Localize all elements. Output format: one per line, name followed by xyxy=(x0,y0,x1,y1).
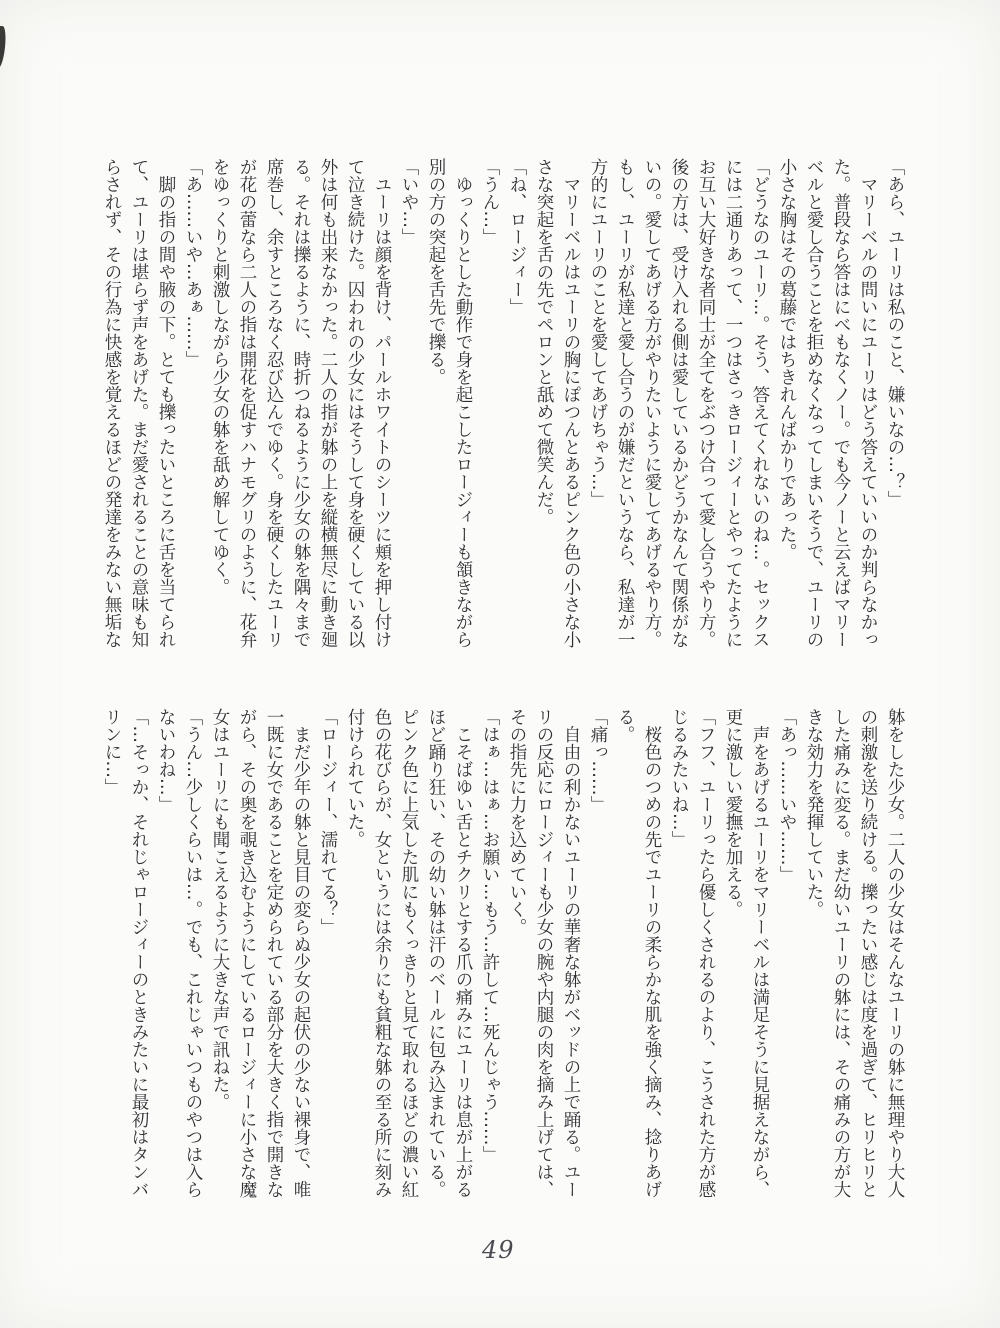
text-column: リンに…」 xyxy=(98,708,125,1205)
text-column: ピンク色に上気した肌にもくっきりと見て取れるほどの濃い紅 xyxy=(395,708,422,1205)
text-column: 小さな胸はその葛藤ではちきれんばかりであった。 xyxy=(773,158,800,655)
text-column: 「あっ……いや……」 xyxy=(773,708,800,1205)
text-column: その指先に力を込めていく。 xyxy=(503,708,530,1205)
text-column: マリーベルはユーリの胸にぽつんとあるピンク色の小さな小 xyxy=(557,158,584,655)
text-column: 女はユーリにも聞こえるように大きな声で訊ねた。 xyxy=(206,708,233,1205)
page-number: 49 xyxy=(482,1236,515,1264)
text-column: 「フフ、ユーリったら優しくされるのより、こうされた方が感 xyxy=(692,708,719,1205)
text-column: て、ユーリは堪らず声をあげた。まだ愛されることの意味も知 xyxy=(125,158,152,655)
text-column: リの反応にロージィーも少女の腕や内腿の肉を摘み上げては、 xyxy=(530,708,557,1205)
text-column: 脚の指の間や腋の下。とても擽ったいところに舌を当てられ xyxy=(152,158,179,655)
text-column: 色の花びらが、女というには余りにも貧粗な躰の至る所に刻み xyxy=(368,708,395,1205)
text-column: た。普段なら答はにべもなくノー。でも今ノーと云えばマリー xyxy=(827,158,854,655)
text-column: をゆっくりと刺激しながら少女の躰を舐め解してゆく。 xyxy=(206,158,233,655)
upper-text-block: 「あら、ユーリは私のこと、嫌いなの…？」 マリーベルの問いにユーリはどう答えてい… xyxy=(96,158,908,655)
text-column: 「あ……いや…あぁ……」 xyxy=(179,158,206,655)
text-column: もし、ユーリが私達と愛し合うのが嫌だというなら、私達が一 xyxy=(611,158,638,655)
text-column: 「ロージィー、濡れてる？」 xyxy=(314,708,341,1205)
text-column: 「ね、ロージィー」 xyxy=(503,158,530,655)
text-column: 席巻し、余すところなく忍び込んでゆく。身を硬くしたユーリ xyxy=(260,158,287,655)
text-column: る。 xyxy=(611,708,638,1205)
text-column: の刺激を送り続ける。擽ったい感じは度を過ぎて、ヒリヒリと xyxy=(854,708,881,1205)
text-column: お互い大好きな者同士が全てをぶつけ合って愛し合うやり方。 xyxy=(692,158,719,655)
text-column: 「うん…少しくらいは…。でも、これじゃいつものやつは入ら xyxy=(179,708,206,1205)
text-column: には二通りあって、一つはさっきロージィーとやってたように xyxy=(719,158,746,655)
text-column: 「はぁ…はぁ…お願い…もう…許して…死んじゃう……」 xyxy=(476,708,503,1205)
text-column: きな効力を発揮していた。 xyxy=(800,708,827,1205)
text-column: 「うん…」 xyxy=(476,158,503,655)
text-column: 自由の利かないユーリの華奢な躰がベッドの上で踊る。ユー xyxy=(557,708,584,1205)
text-column: らされず、その行為に快感を覚えるほどの発達をみない無垢な xyxy=(98,158,125,655)
text-column: 方的にユーリのことを愛してあげちゃう…」 xyxy=(584,158,611,655)
text-column: ないわね…」 xyxy=(152,708,179,1205)
text-column: て泣き続けた。囚われの少女にはそうして身を硬くしている以 xyxy=(341,158,368,655)
text-column: さな突起を舌の先でペロンと舐めて微笑んだ。 xyxy=(530,158,557,655)
text-column: した痛みに変る。まだ幼いユーリの躰には、その痛みの方が大 xyxy=(827,708,854,1205)
text-column: マリーベルの問いにユーリはどう答えていいのか判らなかっ xyxy=(854,158,881,655)
text-column: 外は何も出来なかった。二人の指が躰の上を縦横無尽に動き廻 xyxy=(314,158,341,655)
text-column: 躰をした少女。二人の少女はそんなユーリの躰に無理やり大人 xyxy=(881,708,908,1205)
text-column: る。それは擽るように、時折つねるように少女の躰を隅々まで xyxy=(287,158,314,655)
text-column: 更に激しい愛撫を加える。 xyxy=(719,708,746,1205)
text-column: 「あら、ユーリは私のこと、嫌いなの…？」 xyxy=(881,158,908,655)
text-column: が花の蕾なら二人の指は開花を促すハナモグリのように、花弁 xyxy=(233,158,260,655)
text-column: ベルと愛し合うことを拒めなくなってしまいそうで、ユーリの xyxy=(800,158,827,655)
text-column: じるみたいね…」 xyxy=(665,708,692,1205)
text-column: 後の方は、受け入れる側は愛しているかどうかなんて関係がな xyxy=(665,158,692,655)
text-column: ほど踊り狂い、その幼い躰は汗のベールに包み込まれている。 xyxy=(422,708,449,1205)
text-column: こそばゆい舌とチクリとする爪の痛みにユーリは息が上がる xyxy=(449,708,476,1205)
text-column: 「痛っ……」 xyxy=(584,708,611,1205)
text-column: 一既に女であることを定められている部分を大きく指で開きな xyxy=(260,708,287,1205)
text-column: がら、その奥を覗き込むようにしているロージィーに小さな魔 xyxy=(233,708,260,1205)
text-column: 声をあげるユーリをマリーベルは満足そうに見据えながら、 xyxy=(746,708,773,1205)
scan-artifact-mark xyxy=(0,26,7,69)
text-column: 「いや…」 xyxy=(395,158,422,655)
text-column: ゆっくりとした動作で身を起こしたロージィーも頷きながら xyxy=(449,158,476,655)
text-column: 別の方の突起を舌先で擽る。 xyxy=(422,158,449,655)
doujinshi-text-page: 「あら、ユーリは私のこと、嫌いなの…？」 マリーベルの問いにユーリはどう答えてい… xyxy=(0,0,1000,1328)
text-column: いの。愛してあげる方がやりたいように愛してあげるやり方。 xyxy=(638,158,665,655)
text-column: まだ少年の躰と見目の変らぬ少女の起伏の少ない裸身で、唯 xyxy=(287,708,314,1205)
text-column: 「…そっか、それじゃロージィーのときみたいに最初はタンバ xyxy=(125,708,152,1205)
text-column: 付けられていた。 xyxy=(341,708,368,1205)
lower-text-block: 躰をした少女。二人の少女はそんなユーリの躰に無理やり大人の刺激を送り続ける。擽っ… xyxy=(96,708,908,1205)
text-column: ユーリは顔を背け、パールホワイトのシーツに頬を押し付け xyxy=(368,158,395,655)
text-column: 「どうなのユーリ…。そう、答えてくれないのね…。セックス xyxy=(746,158,773,655)
text-column: 桜色のつめの先でユーリの柔らかな肌を強く摘み、捻りあげ xyxy=(638,708,665,1205)
